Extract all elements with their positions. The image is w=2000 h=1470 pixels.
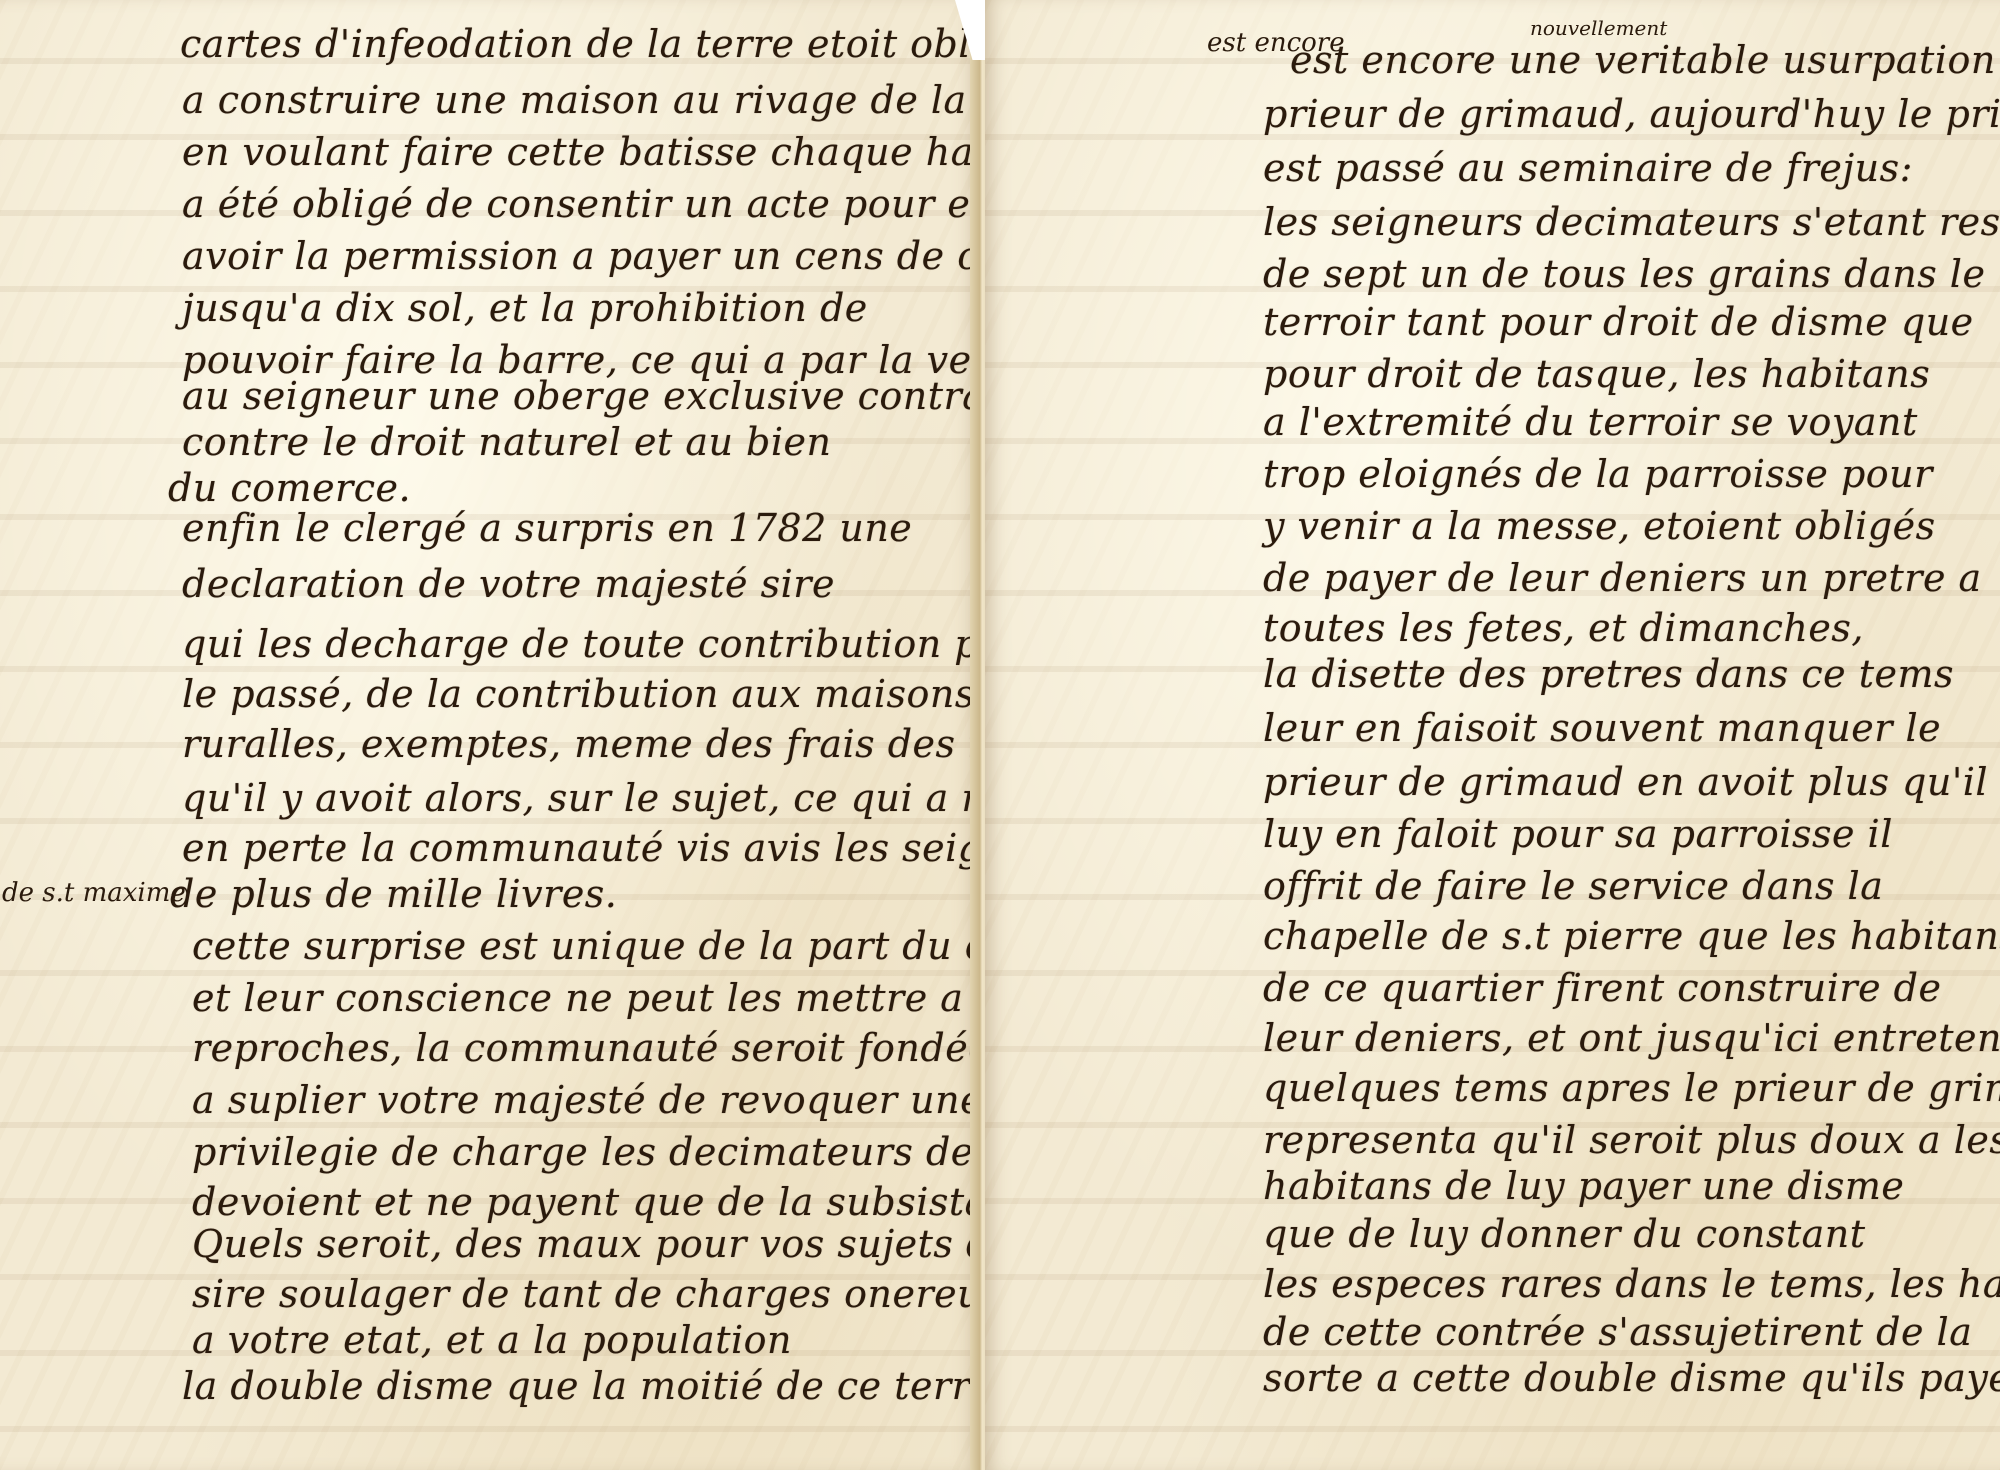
- right-line-6: terroir tant pour droit de disme que: [1263, 300, 1974, 344]
- left-line-17: en perte la communauté vis avis les seig…: [182, 826, 978, 870]
- left-line-8: au seigneur une oberge exclusive contrai…: [182, 374, 978, 418]
- right-line-16: luy en faloit pour sa parroisse il: [1263, 812, 1893, 856]
- left-line-21: reproches, la communauté seroit fondée: [192, 1026, 978, 1070]
- left-line-27: a votre etat, et a la population: [192, 1318, 792, 1362]
- left-line-20: et leur conscience ne peut les mettre a …: [192, 976, 978, 1020]
- left-line-19: cette surprise est unique de la part du …: [192, 924, 978, 968]
- right-line-4: les seigneurs decimateurs s'etant reserv…: [1263, 200, 2000, 244]
- left-line-23: privilegie de charge les decimateurs de …: [192, 1130, 978, 1174]
- right-line-14: leur en faisoit souvent manquer le: [1263, 706, 1941, 750]
- right-line-10: y venir a la messe, etoient obligés: [1263, 504, 1936, 548]
- right-line-12: toutes les fetes, et dimanches,: [1263, 606, 1864, 650]
- left-line-2: a construire une maison au rivage de la …: [182, 78, 978, 122]
- right-line-24: que de luy donner du constant: [1263, 1212, 1866, 1256]
- left-margin-note: de s.t maxime: [2, 878, 186, 908]
- right-line-21: quelques tems apres le prieur de grimaud: [1263, 1066, 2000, 1110]
- left-line-25: Quels seroit, des maux pour vos sujets d…: [192, 1222, 978, 1266]
- right-line-13: la disette des pretres dans ce tems: [1263, 652, 1954, 696]
- right-line-23: habitans de luy payer une disme: [1263, 1164, 1904, 1208]
- left-line-18: de plus de mille livres.: [170, 872, 617, 916]
- right-line-1: est encore une veritable usurpation fait…: [1290, 38, 2000, 82]
- left-line-13: qui les decharge de toute contribution p…: [182, 622, 978, 666]
- left-line-5: avoir la permission a payer un cens de c…: [182, 234, 978, 278]
- right-line-11: de payer de leur deniers un pretre a: [1263, 556, 1982, 600]
- left-line-12: declaration de votre majesté sire: [182, 562, 835, 606]
- right-line-22: representa qu'il seroit plus doux a les: [1263, 1118, 2000, 1162]
- left-line-1: cartes d'infeodation de la terre etoit o…: [180, 22, 978, 66]
- left-page: de s.t maxime cartes d'infeodation de la…: [0, 0, 978, 1470]
- right-line-2: prieur de grimaud, aujourd'huy le prieur…: [1263, 92, 2000, 136]
- left-line-11: enfin le clergé a surpris en 1782 une: [182, 506, 912, 550]
- left-line-4: a été obligé de consentir un acte pour e…: [182, 182, 978, 226]
- left-line-16: qu'il y avoit alors, sur le sujet, ce qu…: [182, 776, 978, 820]
- right-line-8: a l'extremité du terroir se voyant: [1263, 400, 1918, 444]
- left-line-14: le passé, de la contribution aux maisons: [182, 672, 975, 716]
- left-line-15: ruralles, exemptes, meme des frais des i…: [182, 722, 978, 766]
- right-line-18: chapelle de s.t pierre que les habitans: [1263, 914, 2000, 958]
- right-line-19: de ce quartier firent construire de: [1263, 966, 1941, 1010]
- left-line-24: devoient et ne payent que de la subsista…: [192, 1180, 978, 1224]
- left-line-22: a suplier votre majesté de revoquer une: [192, 1078, 978, 1122]
- manuscript-spread: de s.t maxime cartes d'infeodation de la…: [0, 0, 2000, 1470]
- left-line-9: contre le droit naturel et au bien: [182, 420, 831, 464]
- left-line-28: la double disme que la moitié de ce terr…: [182, 1364, 978, 1408]
- right-line-5: de sept un de tous les grains dans le: [1263, 252, 1985, 296]
- left-line-6: jusqu'a dix sol, et la prohibition de: [182, 286, 868, 330]
- right-line-25: les especes rares dans le tems, les habi…: [1263, 1262, 2000, 1306]
- left-line-3: en voulant faire cette batisse chaque ha…: [182, 130, 978, 174]
- right-line-17: offrit de faire le service dans la: [1263, 864, 1883, 908]
- left-line-10: du comerce.: [168, 466, 411, 510]
- right-line-15: prieur de grimaud en avoit plus qu'il: [1263, 760, 1988, 804]
- left-line-26: sire soulager de tant de charges onereus…: [192, 1272, 978, 1316]
- right-line-20: leur deniers, et ont jusqu'ici entretenu: [1263, 1016, 2000, 1060]
- right-line-26: de cette contrée s'assujetirent de la: [1263, 1310, 1972, 1354]
- right-line-27: sorte a cette double disme qu'ils payent: [1263, 1356, 2000, 1400]
- right-line-7: pour droit de tasque, les habitans: [1263, 352, 1930, 396]
- interlinear-note: nouvellement: [1530, 16, 1667, 40]
- right-line-3: est passé au seminaire de frejus:: [1263, 146, 1913, 190]
- right-line-9: trop eloignés de la parroisse pour: [1263, 452, 1933, 496]
- right-page: est encore nouvellement est encore une v…: [985, 0, 2000, 1470]
